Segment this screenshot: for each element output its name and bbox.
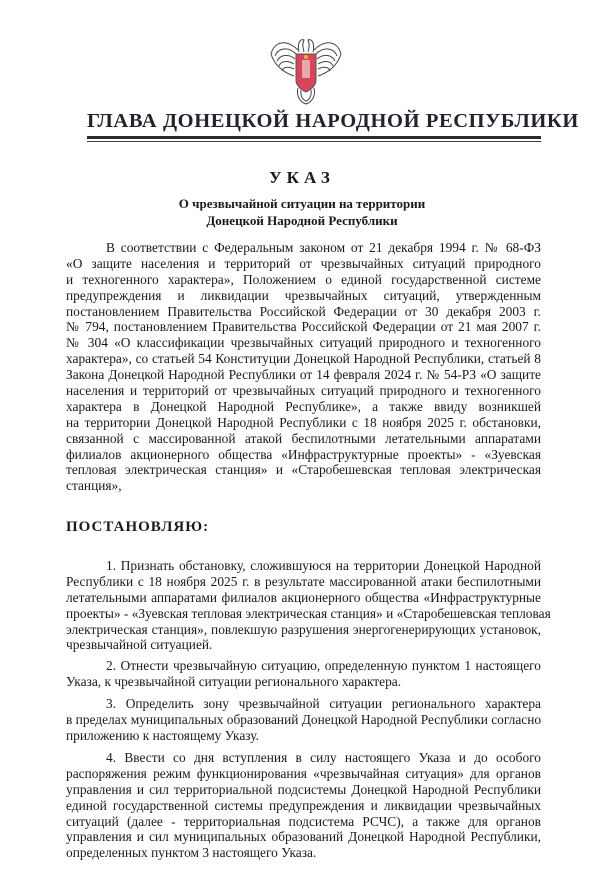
subject-line-2: Донецкой Народной Республики: [0, 212, 604, 229]
text-line: единой государственной системы предупреж…: [66, 798, 541, 814]
decree-heading: ПОСТАНОВЛЯЮ:: [66, 519, 209, 536]
text-line: на территории Донецкой Народной Республи…: [66, 415, 541, 431]
text-line: 1. Признать обстановку, сложившуюся на т…: [66, 558, 541, 574]
text-line: ситуаций (далее - территориальная подсис…: [66, 814, 541, 830]
text-line: характера в Донецкой Народной Республике…: [66, 399, 541, 415]
text-line: «О защите населения и территорий от чрез…: [66, 256, 541, 272]
text-line: населения и территорий от чрезвычайных с…: [66, 383, 541, 399]
text-line: управления и сил муниципальных образован…: [66, 829, 541, 845]
text-line: постановлением Правительства Российской …: [66, 304, 541, 320]
text-line: определенных пунктом 3 настоящего Указа.: [66, 845, 541, 861]
header-rule-thick: [87, 136, 541, 139]
text-line: № 304 «О классификации чрезвычайных ситу…: [66, 335, 541, 351]
clause-3: 3. Определить зону чрезвычайной ситуации…: [66, 696, 541, 744]
text-line: Закона Донецкой Народной Республики от 1…: [66, 367, 541, 383]
text-line: тепловая электрическая станция» и «Старо…: [66, 462, 541, 478]
text-line: летательными аппаратами филиалов акционе…: [66, 590, 541, 606]
text-line: филиалов акционерного общества «Инфрастр…: [66, 447, 541, 463]
document-type: УКАЗ: [0, 168, 604, 188]
clause-4: 4. Ввести со дня вступления в силу насто…: [66, 750, 541, 861]
document-subject: О чрезвычайной ситуации на территории До…: [0, 195, 604, 229]
text-line: предупреждения и ликвидации чрезвычайных…: [66, 288, 541, 304]
text-line: связанной с массированной атакой беспило…: [66, 431, 541, 447]
subject-line-1: О чрезвычайной ситуации на территории: [0, 195, 604, 212]
text-line: станция»,: [66, 478, 541, 494]
clause-2: 2. Отнести чрезвычайную ситуацию, опреде…: [66, 658, 541, 690]
text-line: и техногенного характера», Положением о …: [66, 272, 541, 288]
text-line: Указа, к чрезвычайной ситуации региональ…: [66, 674, 541, 690]
issuer-title: ГЛАВА ДОНЕЦКОЙ НАРОДНОЙ РЕСПУБЛИКИ: [87, 110, 541, 133]
header-rule-thin: [87, 141, 541, 142]
emblem-icon: [268, 30, 344, 108]
text-line: Республики с 18 ноября 2025 г. в результ…: [66, 574, 541, 590]
text-line: характера», со статьей 54 Конституции До…: [66, 351, 541, 367]
text-line: чрезвычайной ситуацией.: [66, 637, 541, 653]
text-line: 3. Определить зону чрезвычайной ситуации…: [66, 696, 541, 712]
text-line: электрическая станция», повлекшую разруш…: [66, 622, 541, 638]
text-line: распоряжения режим функционирования «чре…: [66, 766, 541, 782]
text-line: 4. Ввести со дня вступления в силу насто…: [66, 750, 541, 766]
clause-1: 1. Признать обстановку, сложившуюся на т…: [66, 558, 541, 653]
text-line: 2. Отнести чрезвычайную ситуацию, опреде…: [66, 658, 541, 674]
text-line: управления и сил территориальной подсист…: [66, 782, 541, 798]
text-line: в пределах муниципальных образований Дон…: [66, 712, 541, 728]
text-line: В соответствии с Федеральным законом от …: [66, 240, 541, 256]
text-line: № 794, постановлением Правительства Росс…: [66, 319, 541, 335]
preamble-paragraph: В соответствии с Федеральным законом от …: [66, 240, 541, 494]
text-line: приложению к настоящему Указу.: [66, 728, 541, 744]
text-line: проекты» - «Зуевская тепловая электричес…: [66, 606, 541, 622]
